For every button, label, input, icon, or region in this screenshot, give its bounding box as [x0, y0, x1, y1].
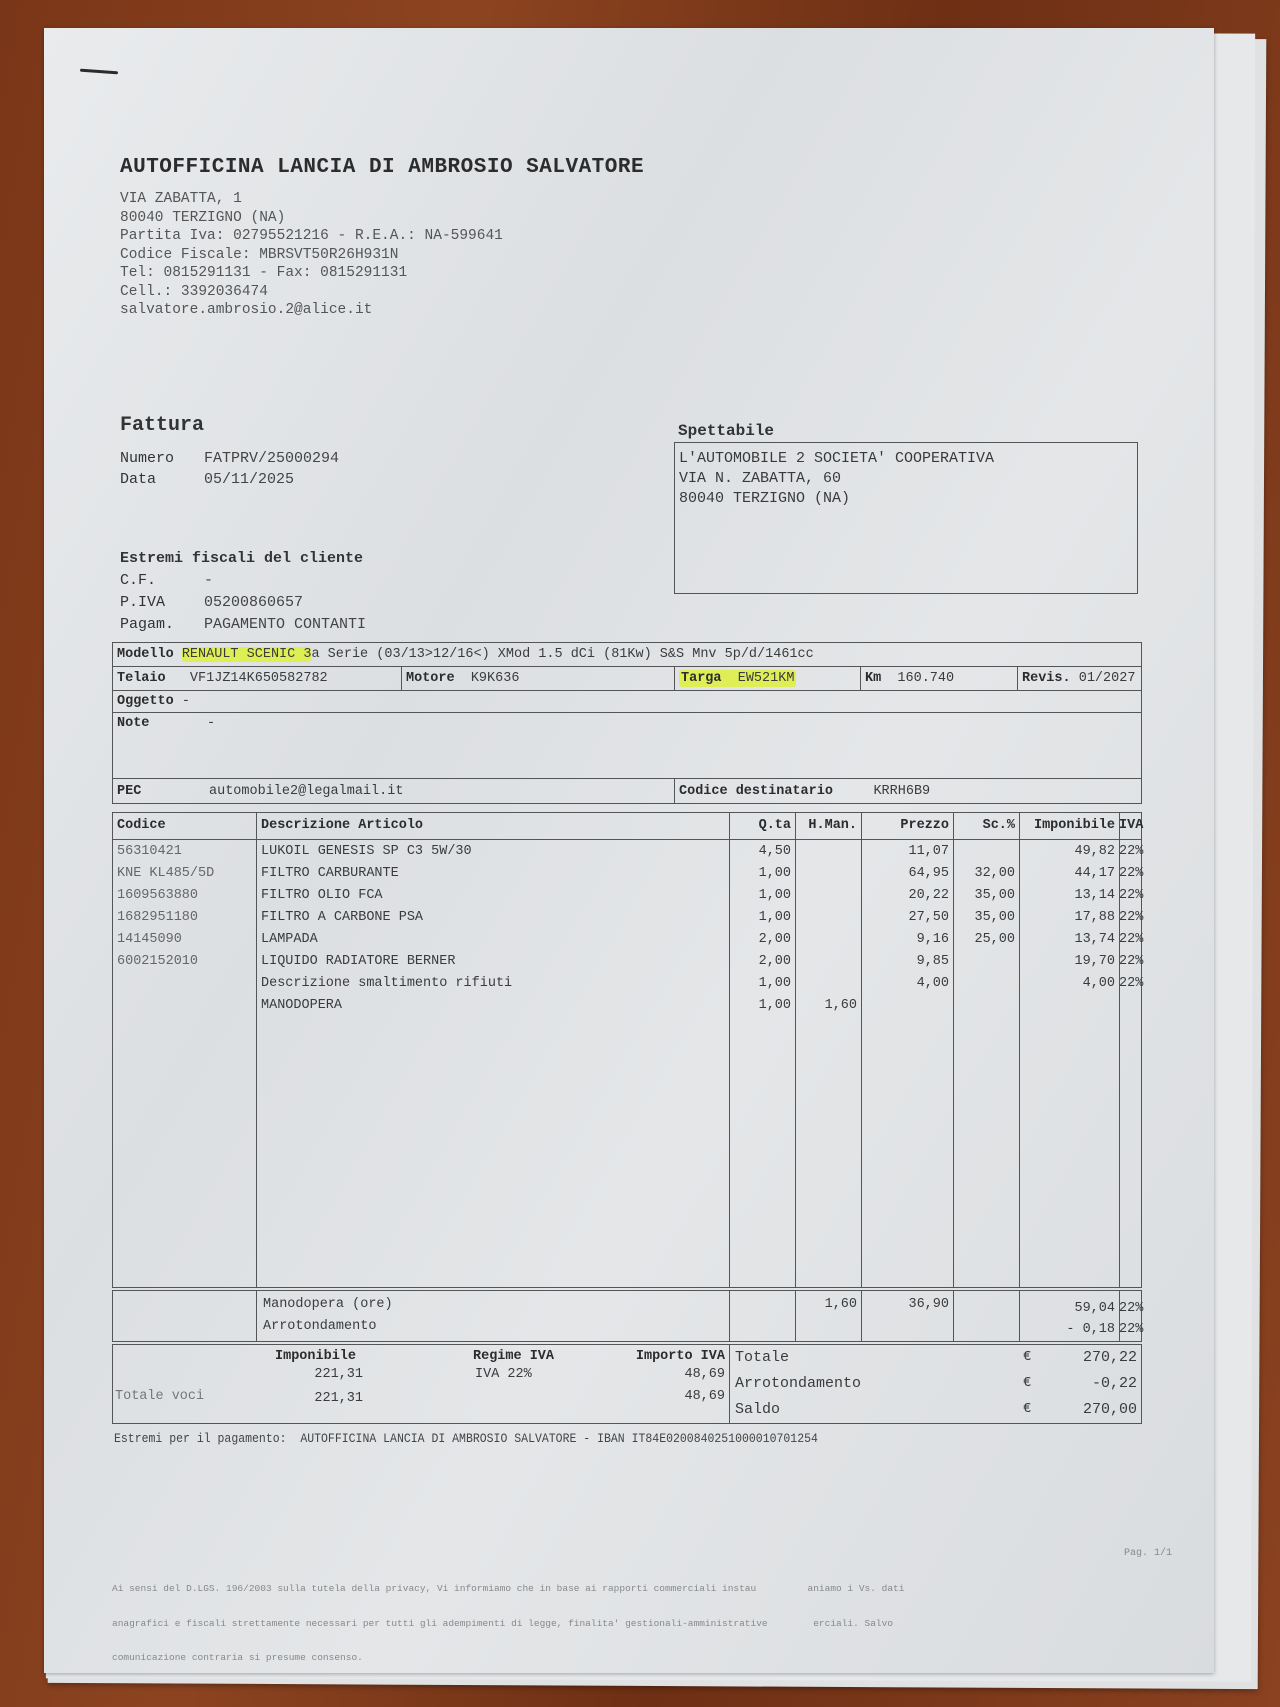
- total-items-taxable: 221,31: [253, 1391, 363, 1406]
- items-table: CodiceDescrizione ArticoloQ.taH.Man.Prez…: [112, 812, 1142, 1288]
- company-email: salvatore.ambrosio.2@alice.it: [120, 301, 503, 320]
- pen-mark: [80, 69, 118, 75]
- total-items-label: Totale voci: [115, 1389, 204, 1404]
- rounding-label: Arrotondamento: [263, 1319, 376, 1334]
- company-address: VIA ZABATTA, 1: [120, 190, 503, 209]
- table-cell-taxable: 44,17: [1019, 866, 1115, 881]
- table-cell-taxable: 19,70: [1019, 954, 1115, 969]
- invoice-number-label: Numero: [120, 448, 204, 469]
- piva-value: 05200860657: [204, 594, 303, 611]
- client-fiscal-section: Estremi fiscali del cliente C.F.- P.IVA0…: [120, 548, 366, 636]
- table-cell-qty: 1,00: [729, 998, 791, 1013]
- table-cell-price: 64,95: [861, 866, 949, 881]
- table-cell-desc: FILTRO A CARBONE PSA: [261, 910, 725, 925]
- model-details: a Serie (03/13>12/16<) XMod 1.5 dCi (81K…: [311, 647, 813, 662]
- table-cell-taxable: 4,00: [1019, 976, 1115, 991]
- piva-label: P.IVA: [120, 592, 204, 614]
- subject-label: Oggetto: [117, 694, 174, 709]
- model-highlighted: RENAULT SCENIC 3: [182, 647, 312, 662]
- company-tax-code: Codice Fiscale: MBRSVT50R26H931N: [120, 246, 503, 265]
- table-cell-vat: 22%: [1119, 844, 1139, 859]
- pec-value: automobile2@legalmail.it: [205, 784, 674, 799]
- rounding-vat: 22%: [1119, 1322, 1139, 1337]
- table-cell-disc: 35,00: [953, 910, 1015, 925]
- regime-header: Regime IVA: [473, 1349, 554, 1364]
- table-cell-vat: 22%: [1119, 954, 1139, 969]
- invoice-meta: NumeroFATPRV/25000294 Data05/11/2025: [120, 448, 339, 490]
- vehicle-info-grid: Modello RENAULT SCENIC 3a Serie (03/13>1…: [112, 642, 1142, 804]
- taxable-value: 221,31: [253, 1367, 363, 1382]
- labour-hours: 1,60: [795, 1297, 857, 1312]
- cf-label: C.F.: [120, 570, 204, 592]
- table-cell-desc: Descrizione smaltimento rifiuti: [261, 976, 725, 991]
- plate-value: EW521KM: [738, 671, 795, 686]
- table-cell-qty: 4,50: [729, 844, 791, 859]
- recipient-address: VIA N. ZABATTA, 60: [679, 469, 1133, 489]
- revision-label: Revis.: [1022, 671, 1071, 686]
- invoice-date: 05/11/2025: [204, 471, 294, 488]
- table-cell-taxable: 49,82: [1019, 844, 1115, 859]
- column-header: Prezzo: [861, 818, 949, 833]
- taxable-header: Imponibile: [275, 1349, 356, 1364]
- company-details: VIA ZABATTA, 1 80040 TERZIGNO (NA) Parti…: [120, 190, 503, 320]
- column-header: IVA: [1119, 818, 1139, 833]
- table-cell-code: 6002152010: [117, 954, 253, 969]
- table-cell-qty: 2,00: [729, 954, 791, 969]
- revision-value: 01/2027: [1079, 671, 1136, 686]
- table-cell-price: 9,85: [861, 954, 949, 969]
- currency-symbol: €: [1023, 1375, 1031, 1391]
- invoice-number: FATPRV/25000294: [204, 450, 339, 467]
- column-header: Codice: [117, 818, 253, 833]
- balance-value: 270,00: [1043, 1401, 1137, 1418]
- table-cell-vat: 22%: [1119, 888, 1139, 903]
- model-row: Modello RENAULT SCENIC 3a Serie (03/13>1…: [113, 643, 1141, 667]
- vehicle-id-row: Telaio VF1JZ14K650582782 Motore K9K636 T…: [113, 667, 1141, 691]
- table-cell-vat: 22%: [1119, 910, 1139, 925]
- table-cell-qty: 1,00: [729, 910, 791, 925]
- company-name: AUTOFFICINA LANCIA DI AMBROSIO SALVATORE: [120, 156, 644, 179]
- document-title: Fattura: [120, 414, 204, 437]
- table-cell-desc: LUKOIL GENESIS SP C3 5W/30: [261, 844, 725, 859]
- table-cell-code: KNE KL485/5D: [117, 866, 253, 881]
- company-phone: Tel: 0815291131 - Fax: 0815291131: [120, 264, 503, 283]
- company-vat: Partita Iva: 02795521216 - R.E.A.: NA-59…: [120, 227, 503, 246]
- page-number: Pag. 1/1: [1124, 1548, 1172, 1559]
- table-cell-vat: 22%: [1119, 932, 1139, 947]
- payment-value: PAGAMENTO CONTANTI: [204, 616, 366, 633]
- total-rounding-value: -0,22: [1043, 1375, 1137, 1392]
- client-fiscal-heading: Estremi fiscali del cliente: [120, 548, 366, 570]
- labour-taxable: 59,04: [1019, 1301, 1115, 1316]
- notes-value: -: [203, 716, 219, 731]
- table-cell-code: 14145090: [117, 932, 253, 947]
- regime-value: IVA 22%: [475, 1367, 532, 1382]
- currency-symbol: €: [1023, 1401, 1031, 1417]
- total-value: 270,22: [1043, 1349, 1137, 1366]
- table-cell-code: 56310421: [117, 844, 253, 859]
- invoice-sheet: AUTOFFICINA LANCIA DI AMBROSIO SALVATORE…: [44, 28, 1214, 1673]
- table-cell-qty: 1,00: [729, 866, 791, 881]
- pec-row: PEC automobile2@legalmail.it Codice dest…: [113, 779, 1141, 803]
- engine-value: K9K636: [471, 671, 520, 686]
- recipient-code-label: Codice destinatario: [679, 784, 833, 799]
- privacy-notice: Ai sensi del D.LGS. 196/2003 sulla tutel…: [112, 1560, 904, 1687]
- table-cell-price: 11,07: [861, 844, 949, 859]
- currency-symbol: €: [1023, 1349, 1031, 1365]
- table-cell-desc: LAMPADA: [261, 932, 725, 947]
- total-rounding-label: Arrotondamento: [735, 1375, 861, 1392]
- recipient-box: L'AUTOMOBILE 2 SOCIETA' COOPERATIVA VIA …: [674, 442, 1138, 594]
- table-cell-taxable: 13,74: [1019, 932, 1115, 947]
- table-cell-code: 1609563880: [117, 888, 253, 903]
- labour-label: Manodopera (ore): [263, 1297, 393, 1312]
- plate-label: Targa: [681, 671, 722, 686]
- payment-label: Pagam.: [120, 614, 204, 636]
- table-cell-qty: 1,00: [729, 888, 791, 903]
- table-cell-hman: 1,60: [795, 998, 857, 1013]
- total-label: Totale: [735, 1349, 789, 1366]
- table-cell-price: 20,22: [861, 888, 949, 903]
- invoice-date-label: Data: [120, 469, 204, 490]
- subject-row: Oggetto -: [113, 691, 1141, 713]
- table-cell-desc: FILTRO OLIO FCA: [261, 888, 725, 903]
- column-header: Descrizione Articolo: [261, 818, 725, 833]
- vat-amount-value: 48,69: [593, 1367, 725, 1382]
- table-cell-desc: FILTRO CARBURANTE: [261, 866, 725, 881]
- totals-box: Imponibile Regime IVA Importo IVA 221,31…: [112, 1344, 1142, 1424]
- recipient-city: 80040 TERZIGNO (NA): [679, 489, 1133, 509]
- chassis-value: VF1JZ14K650582782: [190, 671, 328, 686]
- vat-amount-header: Importo IVA: [593, 1349, 725, 1364]
- recipient-code-value: KRRH6B9: [873, 784, 930, 799]
- km-label: Km: [865, 671, 881, 686]
- items-header: CodiceDescrizione ArticoloQ.taH.Man.Prez…: [113, 813, 1141, 840]
- table-cell-vat: 22%: [1119, 866, 1139, 881]
- table-cell-disc: 25,00: [953, 932, 1015, 947]
- company-mobile: Cell.: 3392036474: [120, 283, 503, 302]
- labour-rate: 36,90: [861, 1297, 949, 1312]
- total-items-vat: 48,69: [593, 1389, 725, 1404]
- table-cell-qty: 2,00: [729, 932, 791, 947]
- table-cell-price: 27,50: [861, 910, 949, 925]
- table-cell-taxable: 17,88: [1019, 910, 1115, 925]
- labour-vat: 22%: [1119, 1301, 1139, 1316]
- table-cell-desc: MANODOPERA: [261, 998, 725, 1013]
- company-city: 80040 TERZIGNO (NA): [120, 209, 503, 228]
- column-header: Q.ta: [729, 818, 791, 833]
- chassis-label: Telaio: [117, 671, 166, 686]
- table-cell-code: 1682951180: [117, 910, 253, 925]
- km-value: 160.740: [897, 671, 954, 686]
- recipient-name: L'AUTOMOBILE 2 SOCIETA' COOPERATIVA: [679, 449, 1133, 469]
- table-cell-desc: LIQUIDO RADIATORE BERNER: [261, 954, 725, 969]
- engine-label: Motore: [406, 671, 455, 686]
- table-cell-disc: 35,00: [953, 888, 1015, 903]
- notes-row: Note -: [113, 713, 1141, 779]
- model-label: Modello: [117, 647, 174, 662]
- column-header: Sc.%: [953, 818, 1015, 833]
- table-cell-price: 4,00: [861, 976, 949, 991]
- subtotals-box: Manodopera (ore) 1,60 36,90 59,04 22% Ar…: [112, 1290, 1142, 1342]
- column-header: H.Man.: [795, 818, 857, 833]
- subject-value: -: [182, 694, 190, 709]
- column-header: Imponibile: [1019, 818, 1115, 833]
- table-cell-price: 9,16: [861, 932, 949, 947]
- table-cell-vat: 22%: [1119, 976, 1139, 991]
- table-cell-taxable: 13,14: [1019, 888, 1115, 903]
- rounding-taxable: - 0,18: [1019, 1322, 1115, 1337]
- table-cell-disc: 32,00: [953, 866, 1015, 881]
- pec-label: PEC: [117, 784, 141, 799]
- notes-label: Note: [117, 716, 149, 731]
- recipient-label: Spettabile: [678, 422, 774, 440]
- payment-details: Estremi per il pagamento: AUTOFFICINA LA…: [114, 1432, 818, 1446]
- balance-label: Saldo: [735, 1401, 780, 1418]
- table-cell-qty: 1,00: [729, 976, 791, 991]
- cf-value: -: [204, 572, 213, 589]
